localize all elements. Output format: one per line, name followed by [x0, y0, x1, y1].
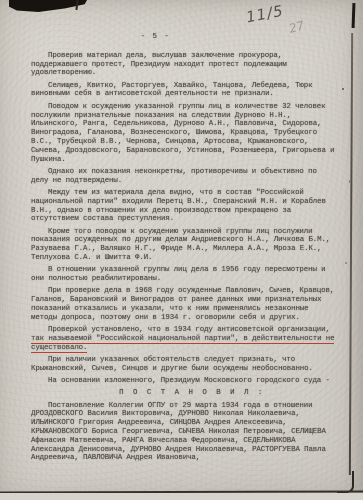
ink-speck: [342, 88, 344, 90]
paragraph-1968-review-retractions: При проверке дела в 1968 году осужденные…: [31, 287, 336, 322]
ink-speck: [349, 180, 351, 183]
paragraph-party-members-case-dismissed: Между тем из материала дела видно, что в…: [31, 189, 336, 224]
paragraph-resolution-ogpu-decree: Постановление Коллегии ОГПУ от 29 марта …: [31, 402, 336, 464]
red-underlined-text: так называемой "Российской национальной …: [31, 335, 334, 353]
paragraph-presidium-lead-in: На основании изложенного, Президиум Моск…: [31, 377, 336, 386]
page-edge-line: [349, 33, 353, 475]
document-text: - 5 - Проверив материал дела, выслушав з…: [31, 33, 336, 467]
ink-speck: [345, 262, 347, 264]
paragraph-finding-party-nonexistent: Проверкой установлено, что в 1934 году а…: [31, 326, 336, 352]
paragraph-unfounded-convictions: При наличии указанных обстоятельств след…: [31, 356, 336, 374]
scanned-document-page: 11/5 27 - 5 - Проверив материал дела, вы…: [0, 0, 363, 500]
handwritten-date-note: 11/5: [245, 2, 285, 27]
page-number: - 5 -: [3, 33, 308, 42]
finding-lead-text: Проверкой установлено, что в 1934 году а…: [48, 326, 330, 334]
paragraph-1956-rehabilitation: В отношении указанной группы лиц дела в …: [31, 266, 336, 284]
paragraph-protest-conclusion: Проверив материал дела, выслушав заключе…: [31, 52, 336, 78]
page-edge-line-top: [351, 3, 354, 28]
paragraph-testimonies-unconfirmed: Однако их показания неконкретны, противо…: [31, 168, 336, 186]
resolution-heading: П О С Т А Н О В И Л :: [31, 389, 336, 398]
page-below-edge-strip: [0, 493, 363, 500]
paragraph-not-guilty-pleas: Селищев, Квитко, Расторгуев, Хавайко, Та…: [31, 82, 336, 100]
paragraph-basis-testimonies: Поводом к осуждению указанной группы лиц…: [31, 103, 336, 165]
paragraph-other-cases-testimonies: Кроме того поводом к осуждению указанной…: [31, 228, 336, 263]
